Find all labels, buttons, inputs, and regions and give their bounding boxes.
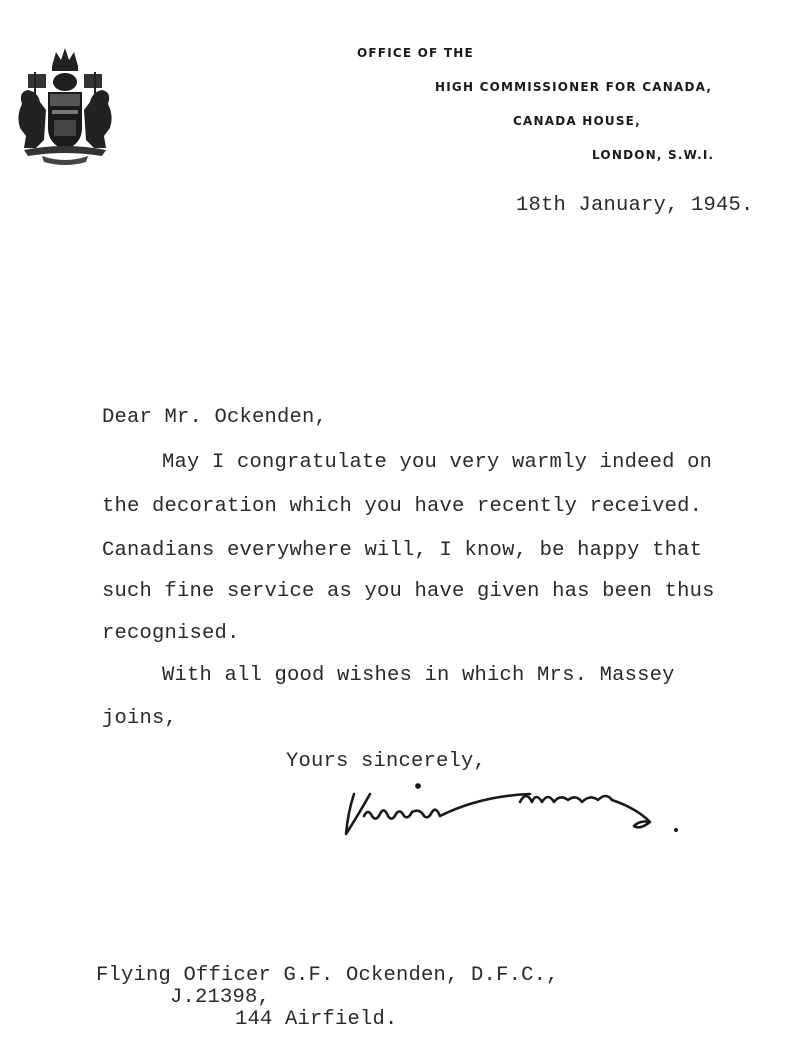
letterhead-canada-house: CANADA HOUSE, — [513, 114, 641, 128]
closing: Yours sincerely, — [286, 750, 486, 773]
recipient-service-number: J.21398, — [170, 986, 270, 1009]
salutation: Dear Mr. Ockenden, — [102, 406, 327, 429]
body-line: With all good wishes in which Mrs. Masse… — [162, 664, 675, 687]
body-line: such fine service as you have given has … — [102, 580, 715, 603]
letterhead-london: LONDON, S.W.I. — [592, 148, 714, 162]
recipient-name: Flying Officer G.F. Ockenden, D.F.C., — [96, 964, 559, 987]
body-line: joins, — [102, 707, 177, 730]
letterhead-office: OFFICE OF THE — [357, 46, 474, 60]
letter-date: 18th January, 1945. — [516, 194, 754, 217]
letterhead-commissioner: HIGH COMMISSIONER FOR CANADA, — [435, 80, 712, 94]
signature-icon — [340, 772, 690, 842]
recipient-unit: 144 Airfield. — [235, 1008, 398, 1031]
body-line: recognised. — [102, 622, 240, 645]
body-line: the decoration which you have recently r… — [102, 495, 702, 518]
body-line: May I congratulate you very warmly indee… — [162, 451, 712, 474]
coat-of-arms-icon — [14, 44, 116, 168]
body-line: Canadians everywhere will, I know, be ha… — [102, 539, 702, 562]
